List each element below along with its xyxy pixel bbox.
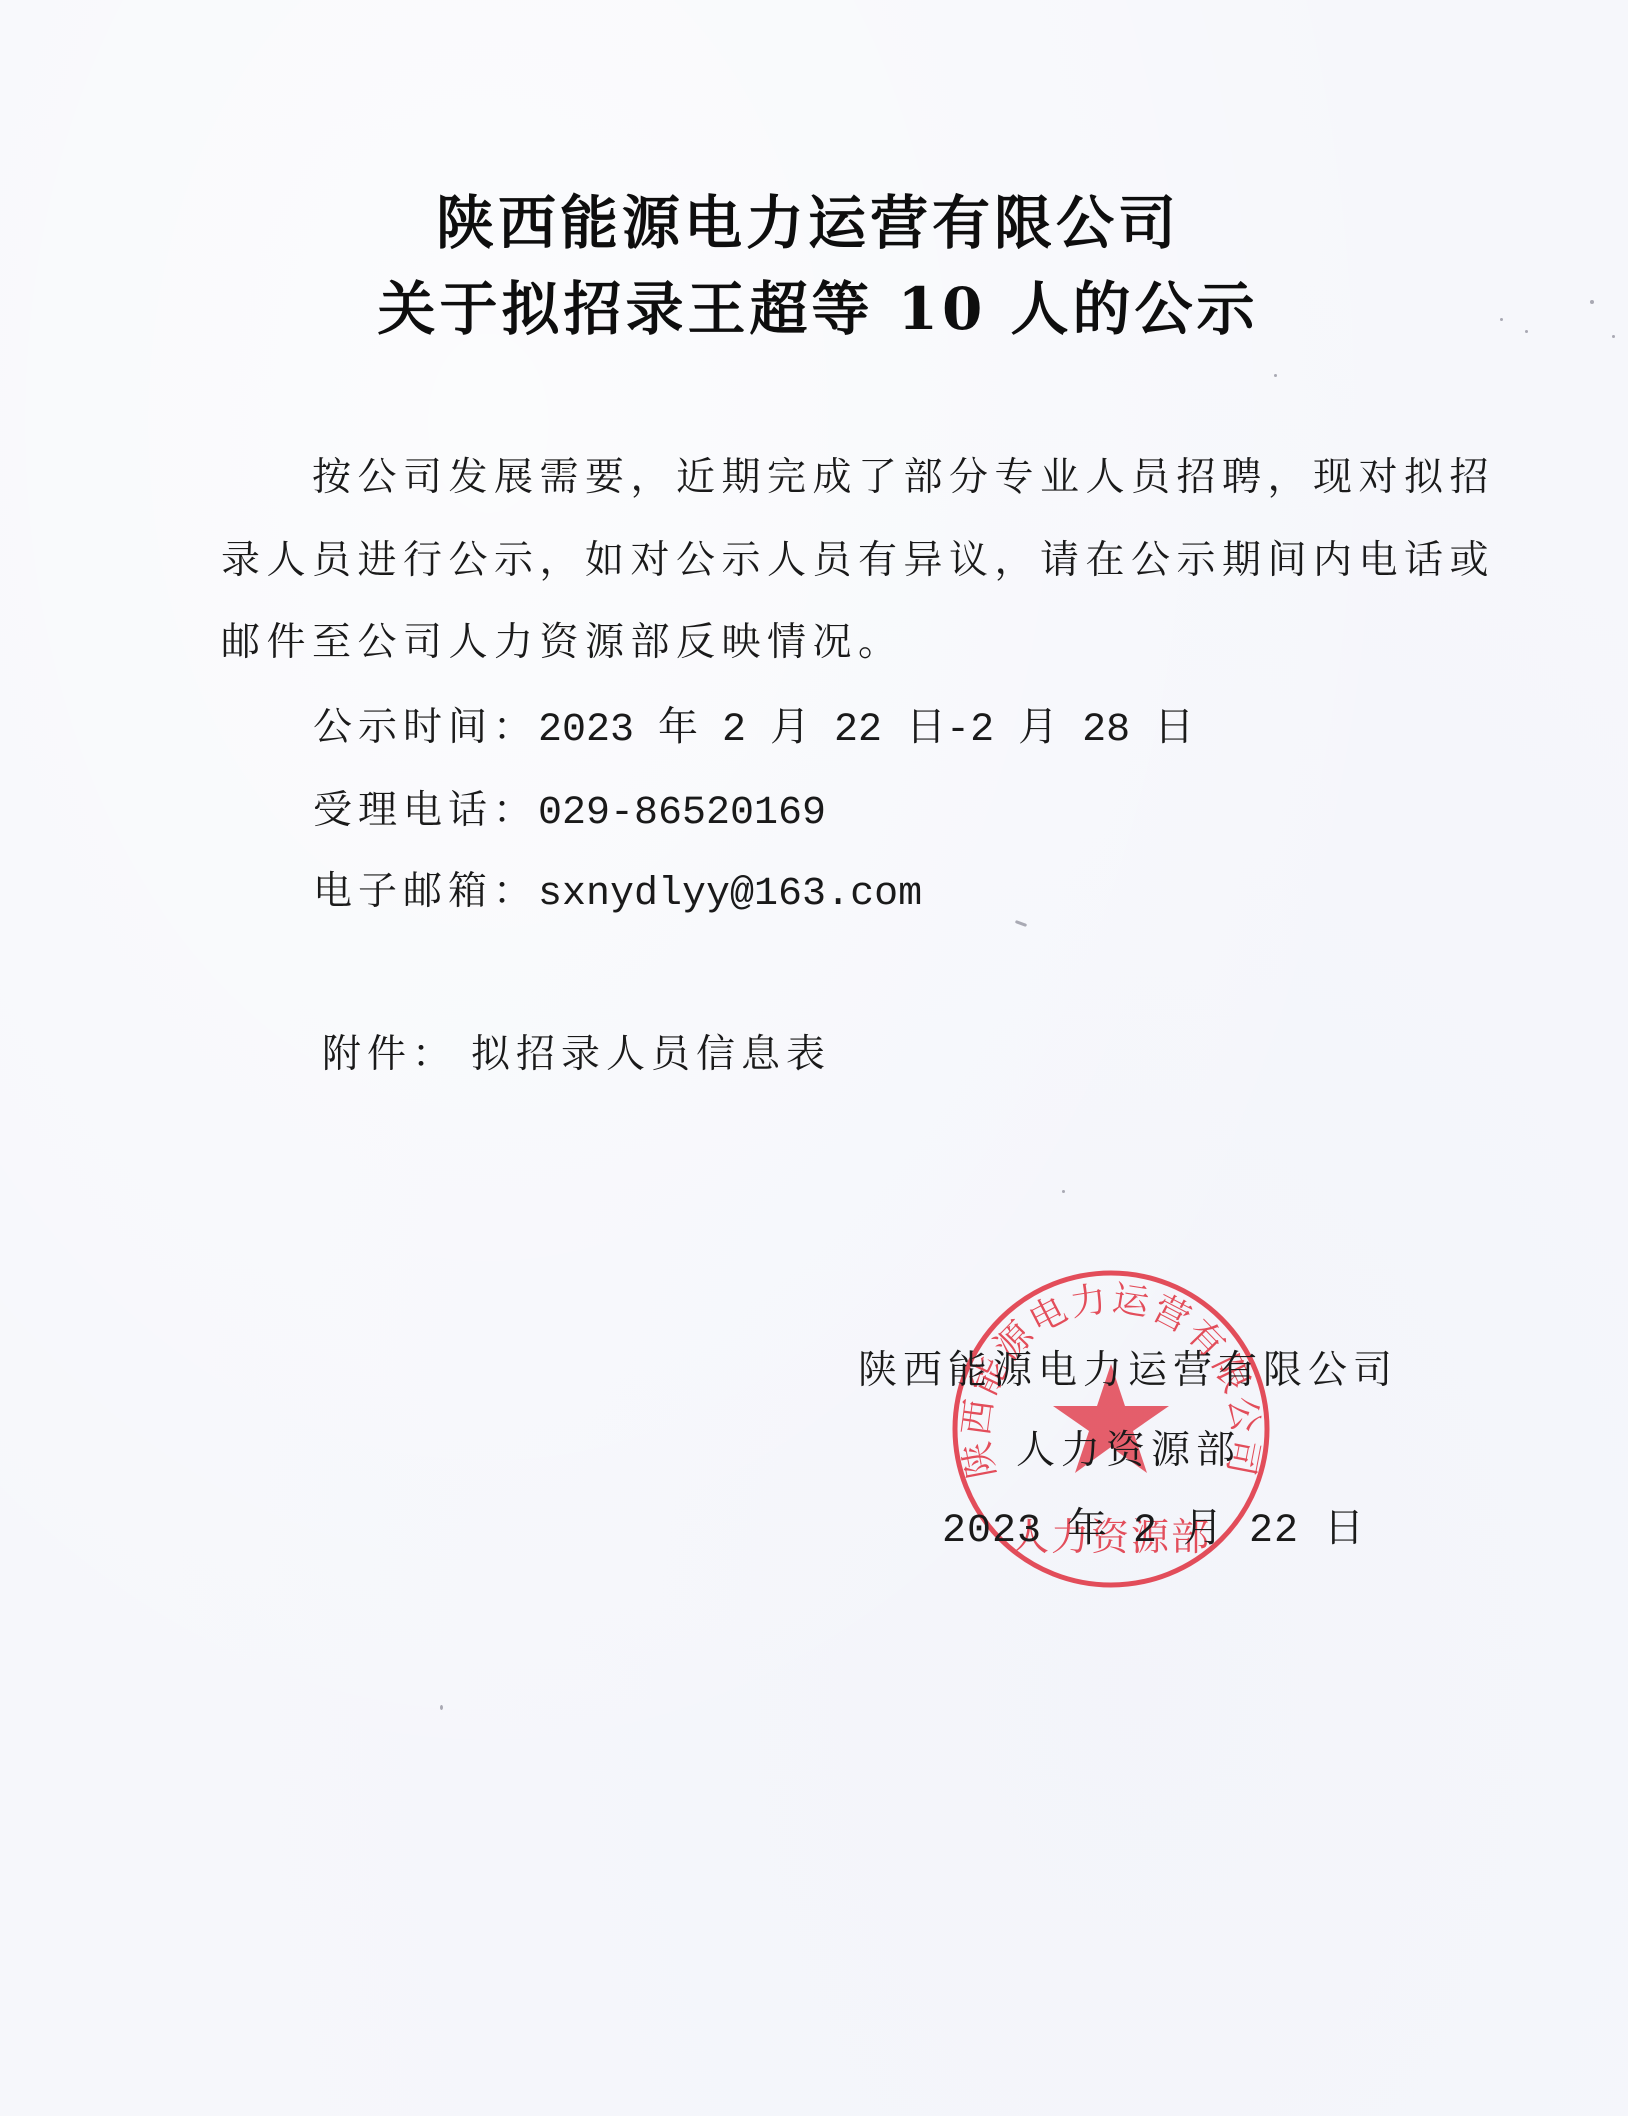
contact-phone-value: 029-86520169	[538, 791, 826, 836]
contact-phone: 受理电话：029-86520169	[313, 791, 826, 834]
scan-speck	[1062, 1190, 1065, 1193]
scan-speck	[1590, 300, 1594, 304]
body-paragraph-line-1: 按公司发展需要，近期完成了部分专业人员招聘，现对拟招	[312, 458, 1495, 497]
document-page: 陕西能源电力运营有限公司 关于拟招录王超等 10 人的公示 按公司发展需要，近期…	[0, 0, 1628, 2116]
contact-email-label: 电子邮箱：	[313, 869, 538, 914]
scan-speck	[440, 1705, 443, 1710]
document-title-line-2: 关于拟招录王超等 10 人的公示	[4, 262, 1628, 346]
contact-phone-label: 受理电话：	[313, 788, 538, 833]
signature-date-value: 2023 年 2 月 22 日	[942, 1509, 1365, 1554]
publicity-period: 公示时间：2023 年 2 月 22 日-2 月 28 日	[313, 708, 1194, 751]
publicity-period-value: 2023 年 2 月 22 日-2 月 28 日	[538, 708, 1194, 753]
attachment-label: 附件：	[322, 1032, 457, 1077]
document-title-line-1: 陕西能源电力运营有限公司	[0, 176, 1622, 260]
signature-company: 陕西能源电力运营有限公司	[858, 1351, 1398, 1390]
scan-speck	[1274, 374, 1277, 377]
scan-speck	[1015, 920, 1027, 927]
body-paragraph-line-2: 录人员进行公示，如对公示人员有异议，请在公示期间内电话或	[221, 541, 1495, 580]
attachment: 附件：拟招录人员信息表	[322, 1035, 831, 1074]
publicity-period-label: 公示时间：	[313, 705, 538, 750]
signature-department: 人力资源部	[1016, 1431, 1241, 1470]
contact-email: 电子邮箱：sxnydlyy@163.com	[313, 872, 922, 915]
scan-speck	[1525, 330, 1528, 333]
scan-speck	[1612, 335, 1615, 338]
attachment-name: 拟招录人员信息表	[471, 1032, 831, 1077]
contact-email-value: sxnydlyy@163.com	[538, 872, 922, 917]
signature-date: 2023 年 2 月 22 日	[942, 1509, 1365, 1552]
body-paragraph-line-3: 邮件至公司人力资源部反映情况。	[221, 623, 904, 662]
scan-speck	[1500, 318, 1503, 321]
